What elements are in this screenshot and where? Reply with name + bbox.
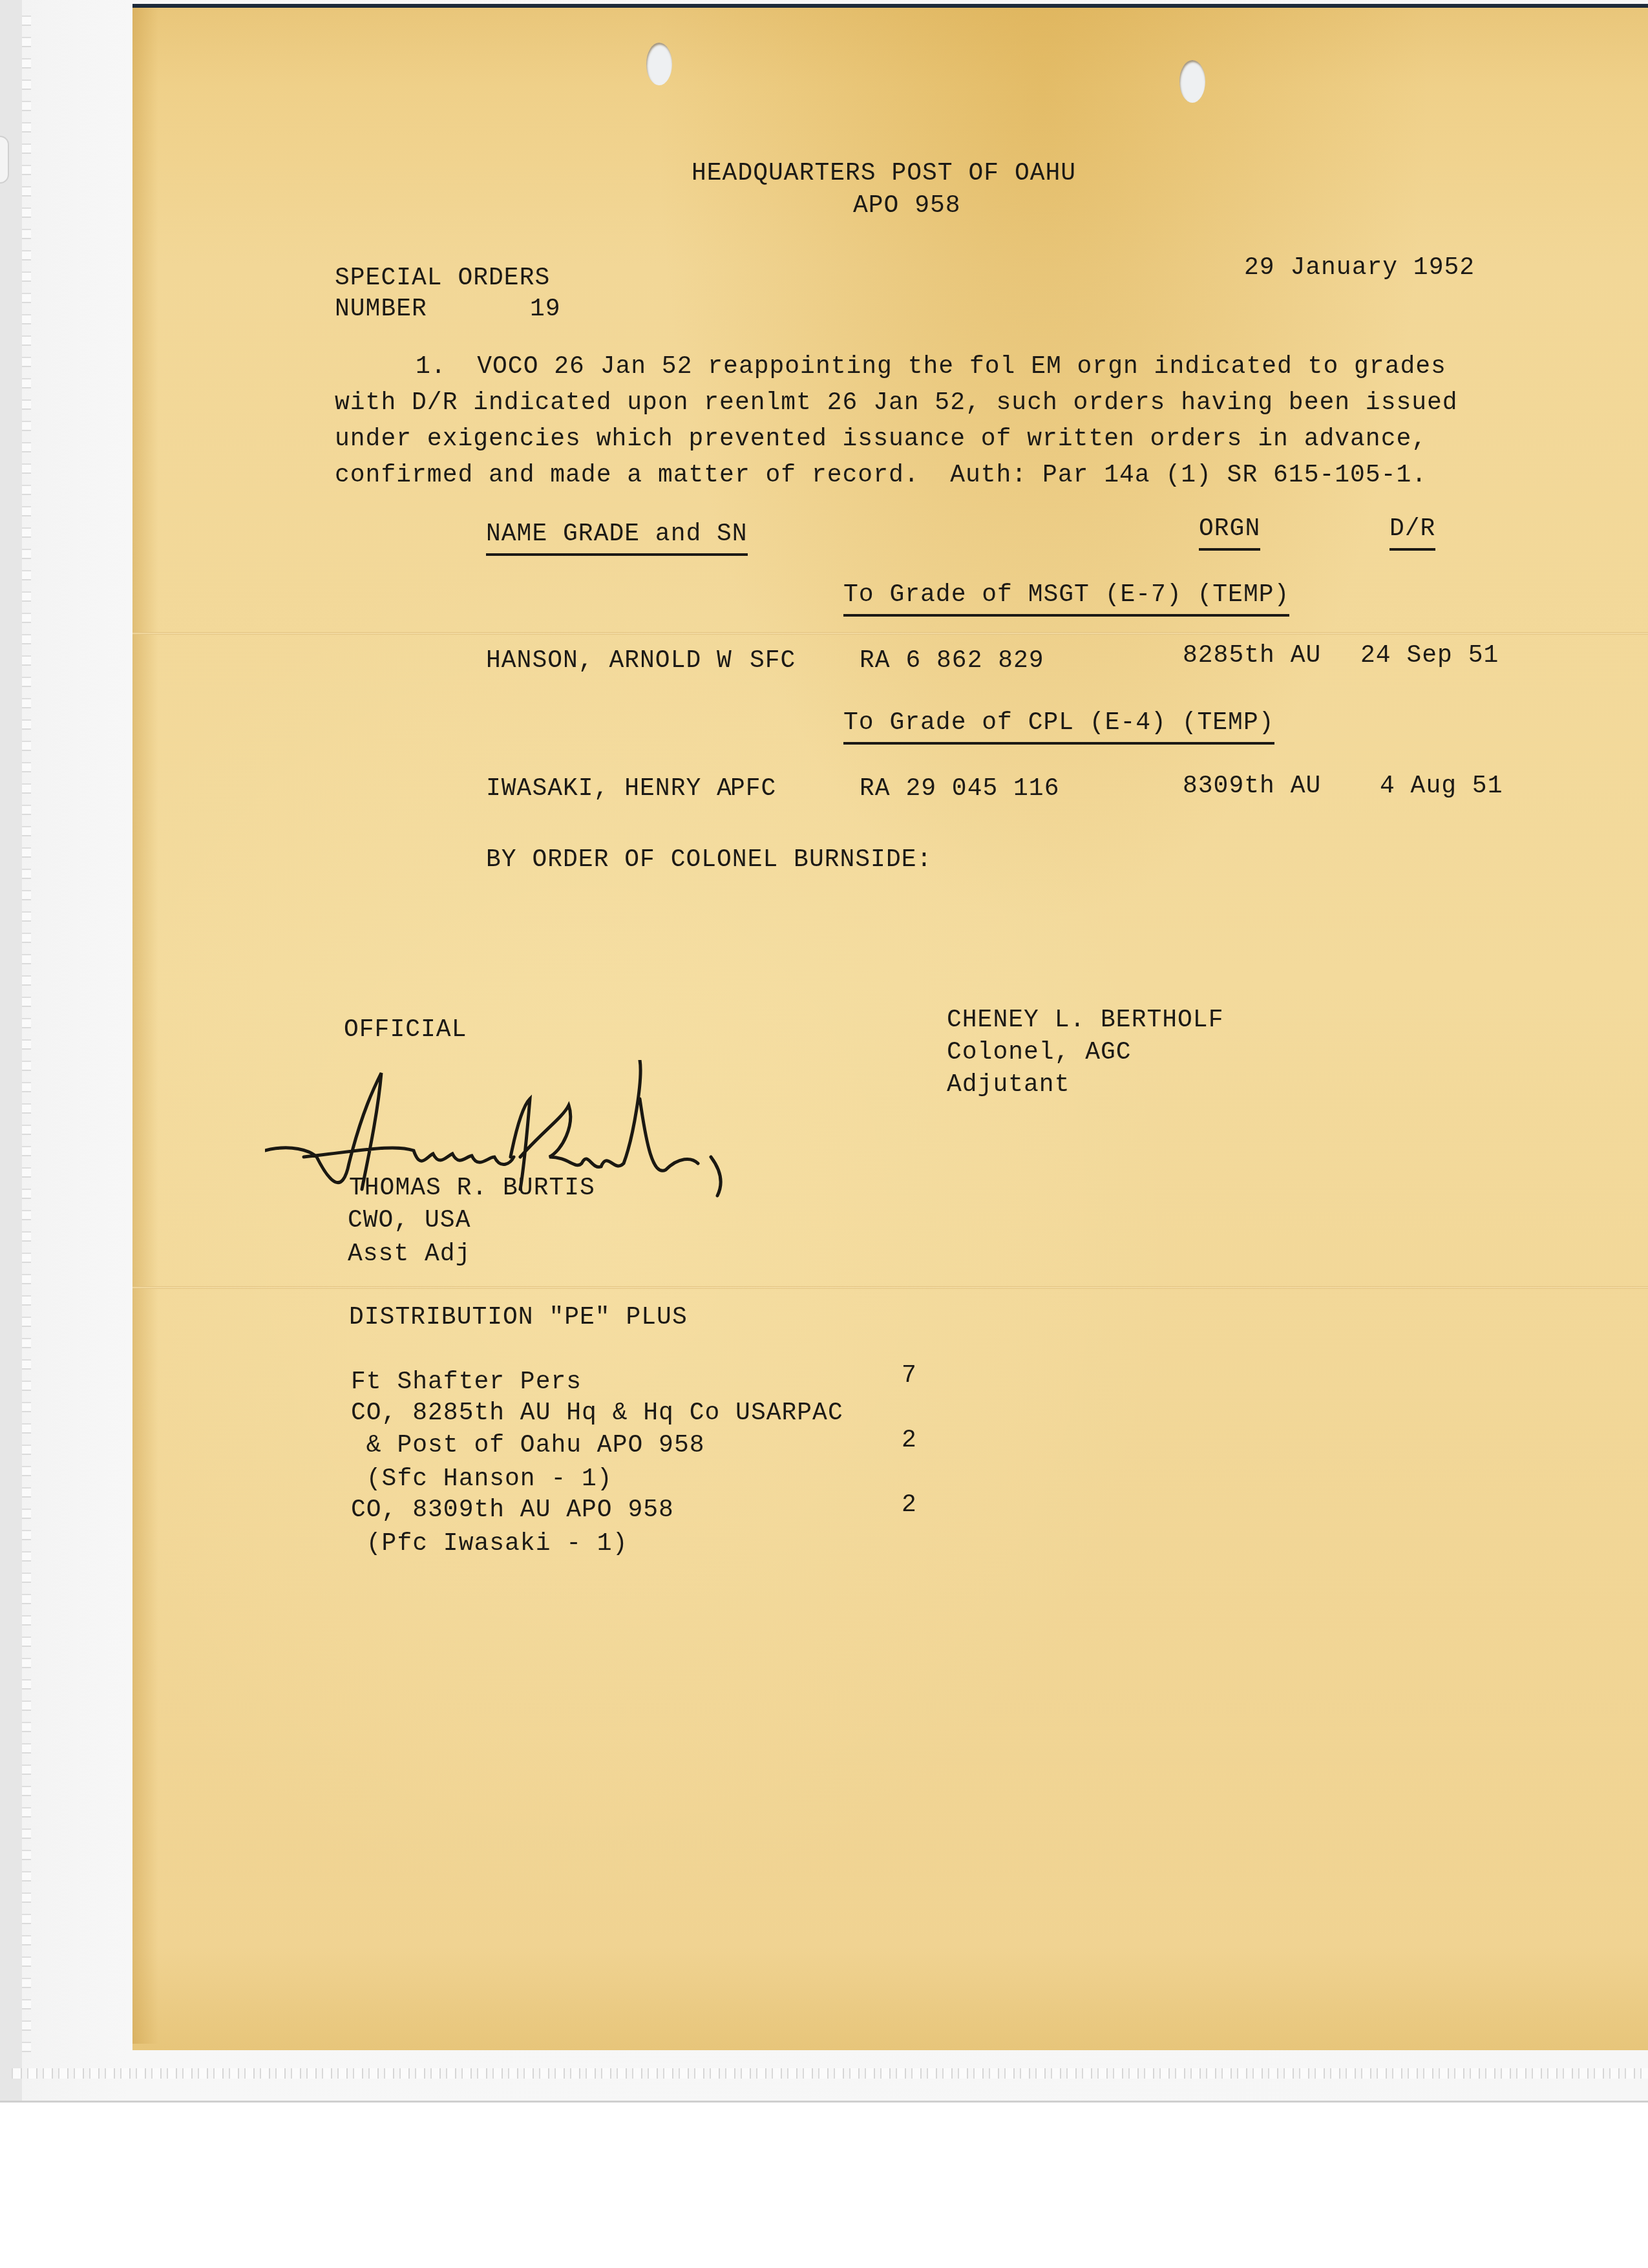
distribution-count: 7 bbox=[902, 1364, 917, 1388]
distribution-count: 2 bbox=[902, 1493, 917, 1518]
commander-name: CHENEY L. BERTHOLF bbox=[947, 1008, 1223, 1033]
column-header-orgn: ORGN bbox=[1199, 517, 1260, 551]
distribution-heading: DISTRIBUTION "PE" PLUS bbox=[349, 1306, 688, 1330]
distribution-line: CO, 8309th AU APO 958 bbox=[351, 1498, 674, 1523]
commander-rank: Colonel, AGC bbox=[947, 1041, 1132, 1065]
official-rank: CWO, USA bbox=[348, 1209, 470, 1233]
row-dr: 24 Sep 51 bbox=[1360, 644, 1499, 668]
distribution-line: (Sfc Hanson - 1) bbox=[351, 1467, 613, 1492]
paragraph-1: 1. VOCO 26 Jan 52 reappointing the fol E… bbox=[335, 349, 1530, 494]
official-name: THOMAS R. BURTIS bbox=[349, 1176, 595, 1201]
punch-hole bbox=[646, 43, 672, 85]
distribution-line: (Pfc Iwasaki - 1) bbox=[351, 1532, 628, 1556]
official-label: OFFICIAL bbox=[344, 1018, 467, 1043]
special-orders-label: SPECIAL ORDERS bbox=[335, 266, 550, 291]
row-orgn: 8285th AU bbox=[1183, 644, 1321, 668]
sleeve-perforation-horizontal bbox=[8, 2068, 1648, 2079]
paper-shading bbox=[132, 8, 158, 2044]
official-title: Asst Adj bbox=[348, 1242, 470, 1267]
sleeve-perforation-vertical bbox=[22, 6, 31, 2055]
row-sn: RA 6 862 829 bbox=[860, 649, 1044, 673]
sleeve-tab bbox=[0, 136, 9, 184]
row-grade: SFC bbox=[750, 649, 796, 673]
paragraph-line: confirmed and made a matter of record. A… bbox=[335, 458, 1530, 494]
paper-fold-line bbox=[132, 632, 1648, 635]
column-header-name: NAME GRADE and SN bbox=[486, 522, 748, 556]
number-label: NUMBER bbox=[335, 297, 427, 322]
order-date: 29 January 1952 bbox=[1244, 256, 1475, 281]
row-grade: PFC bbox=[730, 777, 776, 801]
punch-hole bbox=[1179, 60, 1205, 103]
distribution-count: 2 bbox=[902, 1428, 917, 1453]
commander-title: Adjutant bbox=[947, 1073, 1070, 1097]
paragraph-line: with D/R indicated upon reenlmt 26 Jan 5… bbox=[335, 385, 1530, 421]
apo-number: APO 958 bbox=[853, 194, 961, 218]
row-dr: 4 Aug 51 bbox=[1380, 774, 1503, 799]
sleeve-binding-edge bbox=[0, 0, 22, 2101]
row-sn: RA 29 045 116 bbox=[860, 777, 1059, 801]
headquarters-title: HEADQUARTERS POST OF OAHU bbox=[692, 162, 1076, 186]
distribution-line: & Post of Oahu APO 958 bbox=[351, 1434, 705, 1458]
distribution-line: Ft Shafter Pers bbox=[351, 1370, 582, 1395]
paragraph-line: 1. VOCO 26 Jan 52 reappointing the fol E… bbox=[335, 349, 1530, 385]
row-name: IWASAKI, HENRY A bbox=[486, 777, 732, 801]
row-orgn: 8309th AU bbox=[1183, 774, 1321, 799]
column-header-dr: D/R bbox=[1389, 517, 1435, 551]
paper-fold-line bbox=[132, 1286, 1648, 1289]
order-number: 19 bbox=[530, 297, 561, 322]
group-heading-msgt: To Grade of MSGT (E-7) (TEMP) bbox=[843, 583, 1289, 617]
paragraph-line: under exigencies which prevented issuanc… bbox=[335, 421, 1530, 458]
by-order-line: BY ORDER OF COLONEL BURNSIDE: bbox=[486, 848, 932, 873]
row-name: HANSON, ARNOLD W bbox=[486, 649, 732, 673]
distribution-line: CO, 8285th AU Hq & Hq Co USARPAC bbox=[351, 1401, 843, 1426]
group-heading-cpl: To Grade of CPL (E-4) (TEMP) bbox=[843, 711, 1274, 745]
